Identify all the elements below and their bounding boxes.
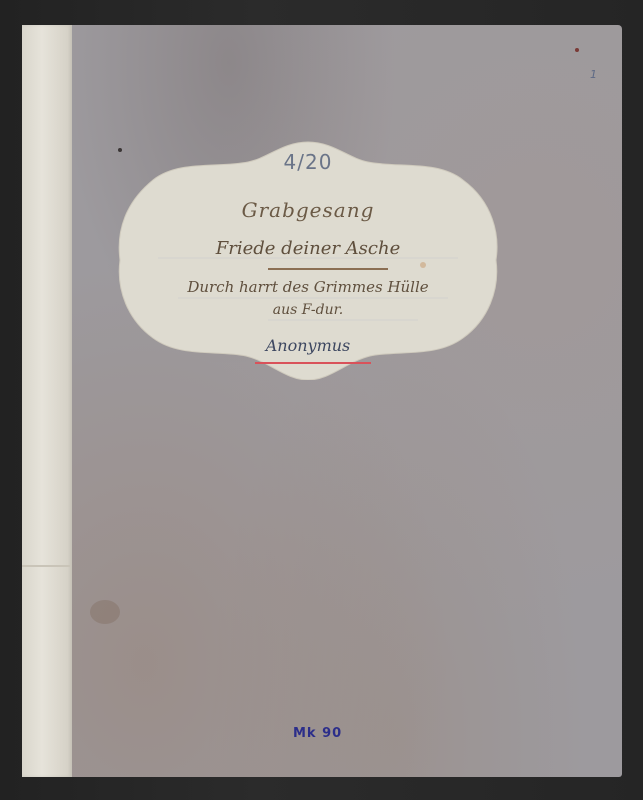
work-title: Grabgesang bbox=[118, 198, 498, 222]
key-signature: aus F-dur. bbox=[118, 302, 498, 318]
stain bbox=[575, 48, 579, 52]
incipit: Friede deiner Asche bbox=[118, 238, 498, 259]
title-label: 4/20 Grabgesang Friede deiner Asche Durc… bbox=[118, 140, 498, 380]
composer-red-underline bbox=[255, 362, 371, 364]
manuscript-cover bbox=[60, 25, 622, 777]
composer: Anonymus bbox=[118, 336, 498, 355]
cover-spine bbox=[22, 25, 72, 777]
corner-page-number: 1 bbox=[590, 68, 597, 81]
library-stamp: Mk 90 bbox=[293, 726, 342, 741]
title-underline bbox=[268, 268, 388, 270]
text-line: Durch harrt des Grimmes Hülle bbox=[118, 278, 498, 296]
shelfmark: 4/20 bbox=[118, 150, 498, 174]
spine-tear bbox=[22, 565, 70, 567]
stain bbox=[90, 600, 120, 624]
